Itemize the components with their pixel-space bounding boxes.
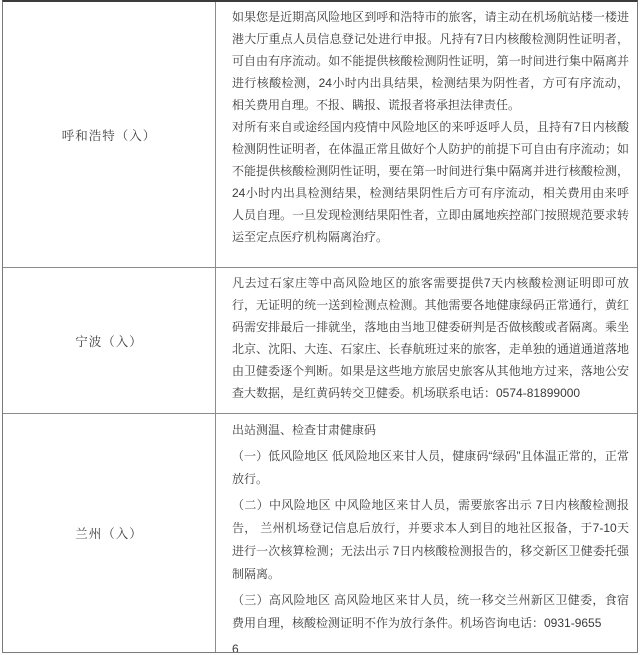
policy-paragraph: 凡去过石家庄等中高风险地区的旅客需要提供7天内核酸检测证明即可放行，无证明的统一…	[232, 272, 629, 404]
table-row-hohhot: 呼和浩特（入） 如果您是近期高风险地区到呼和浩特市的旅客，请主动在机场航站楼一楼…	[3, 2, 637, 268]
policy-paragraph: （三）高风险地区 高风险地区来甘人员，统一移交兰州新区卫健委，食宿费用自理，核酸…	[232, 589, 629, 635]
travel-policy-table: 呼和浩特（入） 如果您是近期高风险地区到呼和浩特市的旅客，请主动在机场航站楼一楼…	[2, 0, 638, 653]
policy-cell: 出站测温、检查甘肃健康码 （一）低风险地区 低风险地区来甘人员，健康码“绿码”且…	[216, 414, 637, 652]
policy-paragraph: 6	[232, 638, 629, 652]
policy-paragraph: （一）低风险地区 低风险地区来甘人员，健康码“绿码”且体温正常的，正常放行。	[232, 445, 629, 491]
city-cell: 兰州（入）	[3, 414, 216, 652]
city-label: 呼和浩特（入）	[62, 126, 157, 144]
city-label: 兰州（入）	[75, 524, 143, 542]
policy-paragraph: 如果您是近期高风险地区到呼和浩特市的旅客，请主动在机场航站楼一楼进港大厅重点人员…	[232, 6, 629, 116]
table-row-ningbo: 宁波（入） 凡去过石家庄等中高风险地区的旅客需要提供7天内核酸检测证明即可放行，…	[3, 268, 637, 414]
policy-paragraph: （二）中风险地区 中风险地区来甘人员，需要旅客出示 7日内核酸检测报告， 兰州机…	[232, 494, 629, 586]
city-cell: 宁波（入）	[3, 268, 216, 413]
table-row-lanzhou: 兰州（入） 出站测温、检查甘肃健康码 （一）低风险地区 低风险地区来甘人员，健康…	[3, 414, 637, 652]
policy-paragraph: 出站测温、检查甘肃健康码	[232, 419, 629, 442]
city-cell: 呼和浩特（入）	[3, 2, 216, 267]
policy-paragraph: 对所有来自或途经国内疫情中风险地区的来呼返呼人员，且持有7日内核酸检测阴性证明者…	[232, 116, 629, 248]
policy-cell: 如果您是近期高风险地区到呼和浩特市的旅客，请主动在机场航站楼一楼进港大厅重点人员…	[216, 2, 637, 267]
document-page: 呼和浩特（入） 如果您是近期高风险地区到呼和浩特市的旅客，请主动在机场航站楼一楼…	[0, 0, 640, 655]
policy-cell: 凡去过石家庄等中高风险地区的旅客需要提供7天内核酸检测证明即可放行，无证明的统一…	[216, 268, 637, 413]
city-label: 宁波（入）	[75, 332, 143, 350]
